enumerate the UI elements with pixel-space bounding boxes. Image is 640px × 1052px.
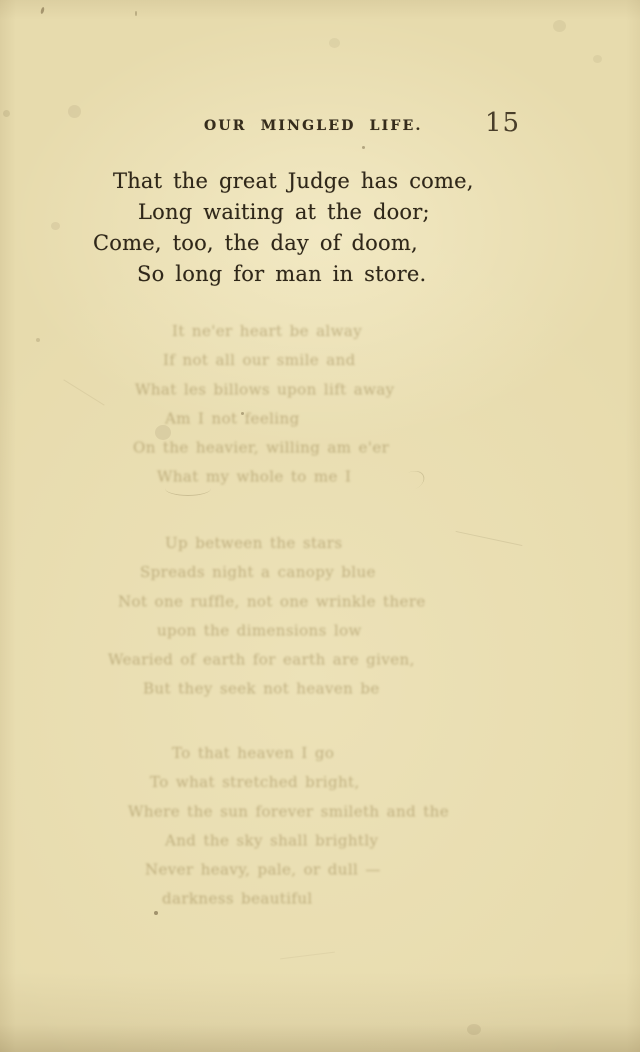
verse-line: So long for man in store. bbox=[137, 259, 474, 290]
paper-speck bbox=[467, 1024, 481, 1035]
paper-scratch bbox=[396, 467, 428, 494]
verse-line: Long waiting at the door; bbox=[138, 197, 474, 228]
showthrough-line: upon the dimensions low bbox=[0, 616, 426, 645]
showthrough-line: On the heavier, willing am e'er bbox=[0, 433, 395, 462]
paper-speck bbox=[329, 38, 340, 48]
paper-scratch bbox=[165, 481, 211, 496]
paper-speck bbox=[40, 7, 45, 15]
showthrough-line: And the sky shall brightly bbox=[0, 826, 449, 855]
paper-speck bbox=[135, 11, 137, 16]
running-header-title: OUR MINGLED LIFE. bbox=[204, 118, 423, 134]
paper-speck bbox=[155, 425, 171, 440]
showthrough-line: Spreads night a canopy blue bbox=[0, 558, 426, 587]
showthrough-line: But they seek not heaven be bbox=[0, 674, 426, 703]
paper-speck bbox=[154, 911, 158, 915]
paper-speck bbox=[3, 110, 10, 117]
showthrough-line: Up between the stars bbox=[0, 529, 426, 558]
paper-speck bbox=[553, 20, 566, 32]
showthrough-block: It ne'er heart be alway If not all our s… bbox=[0, 317, 395, 492]
showthrough-line: To that heaven I go bbox=[0, 739, 449, 768]
showthrough-line: Where the sun forever smileth and the bbox=[0, 797, 449, 826]
showthrough-line: darkness beautiful bbox=[0, 884, 449, 913]
scanned-book-page: OUR MINGLED LIFE. 15 That the great Judg… bbox=[0, 0, 640, 1052]
paper-speck bbox=[51, 222, 60, 230]
showthrough-line: Never heavy, pale, or dull — bbox=[0, 855, 449, 884]
paper-speck bbox=[68, 105, 81, 118]
paper-speck bbox=[241, 412, 244, 415]
page-number: 15 bbox=[485, 108, 520, 138]
showthrough-line: It ne'er heart be alway bbox=[0, 317, 395, 346]
paper-scratch bbox=[456, 531, 523, 546]
verse-stanza: That the great Judge has come, Long wait… bbox=[93, 166, 474, 290]
showthrough-line: If not all our smile and bbox=[0, 346, 395, 375]
showthrough-block: To that heaven I go To what stretched br… bbox=[0, 739, 449, 914]
showthrough-line: Not one ruffle, not one wrinkle there bbox=[0, 587, 426, 616]
showthrough-line: Am I not feeling bbox=[0, 404, 395, 433]
paper-speck bbox=[593, 55, 602, 63]
verse-line: That the great Judge has come, bbox=[113, 166, 474, 197]
paper-scratch bbox=[280, 952, 335, 960]
showthrough-line: To what stretched bright, bbox=[0, 768, 449, 797]
showthrough-line: Wearied of earth for earth are given, bbox=[0, 645, 426, 674]
paper-speck bbox=[362, 146, 365, 149]
showthrough-line: What les billows upon lift away bbox=[0, 375, 395, 404]
showthrough-block: Up between the stars Spreads night a can… bbox=[0, 529, 426, 704]
paper-speck bbox=[36, 338, 40, 342]
verse-line: Come, too, the day of doom, bbox=[93, 228, 474, 259]
